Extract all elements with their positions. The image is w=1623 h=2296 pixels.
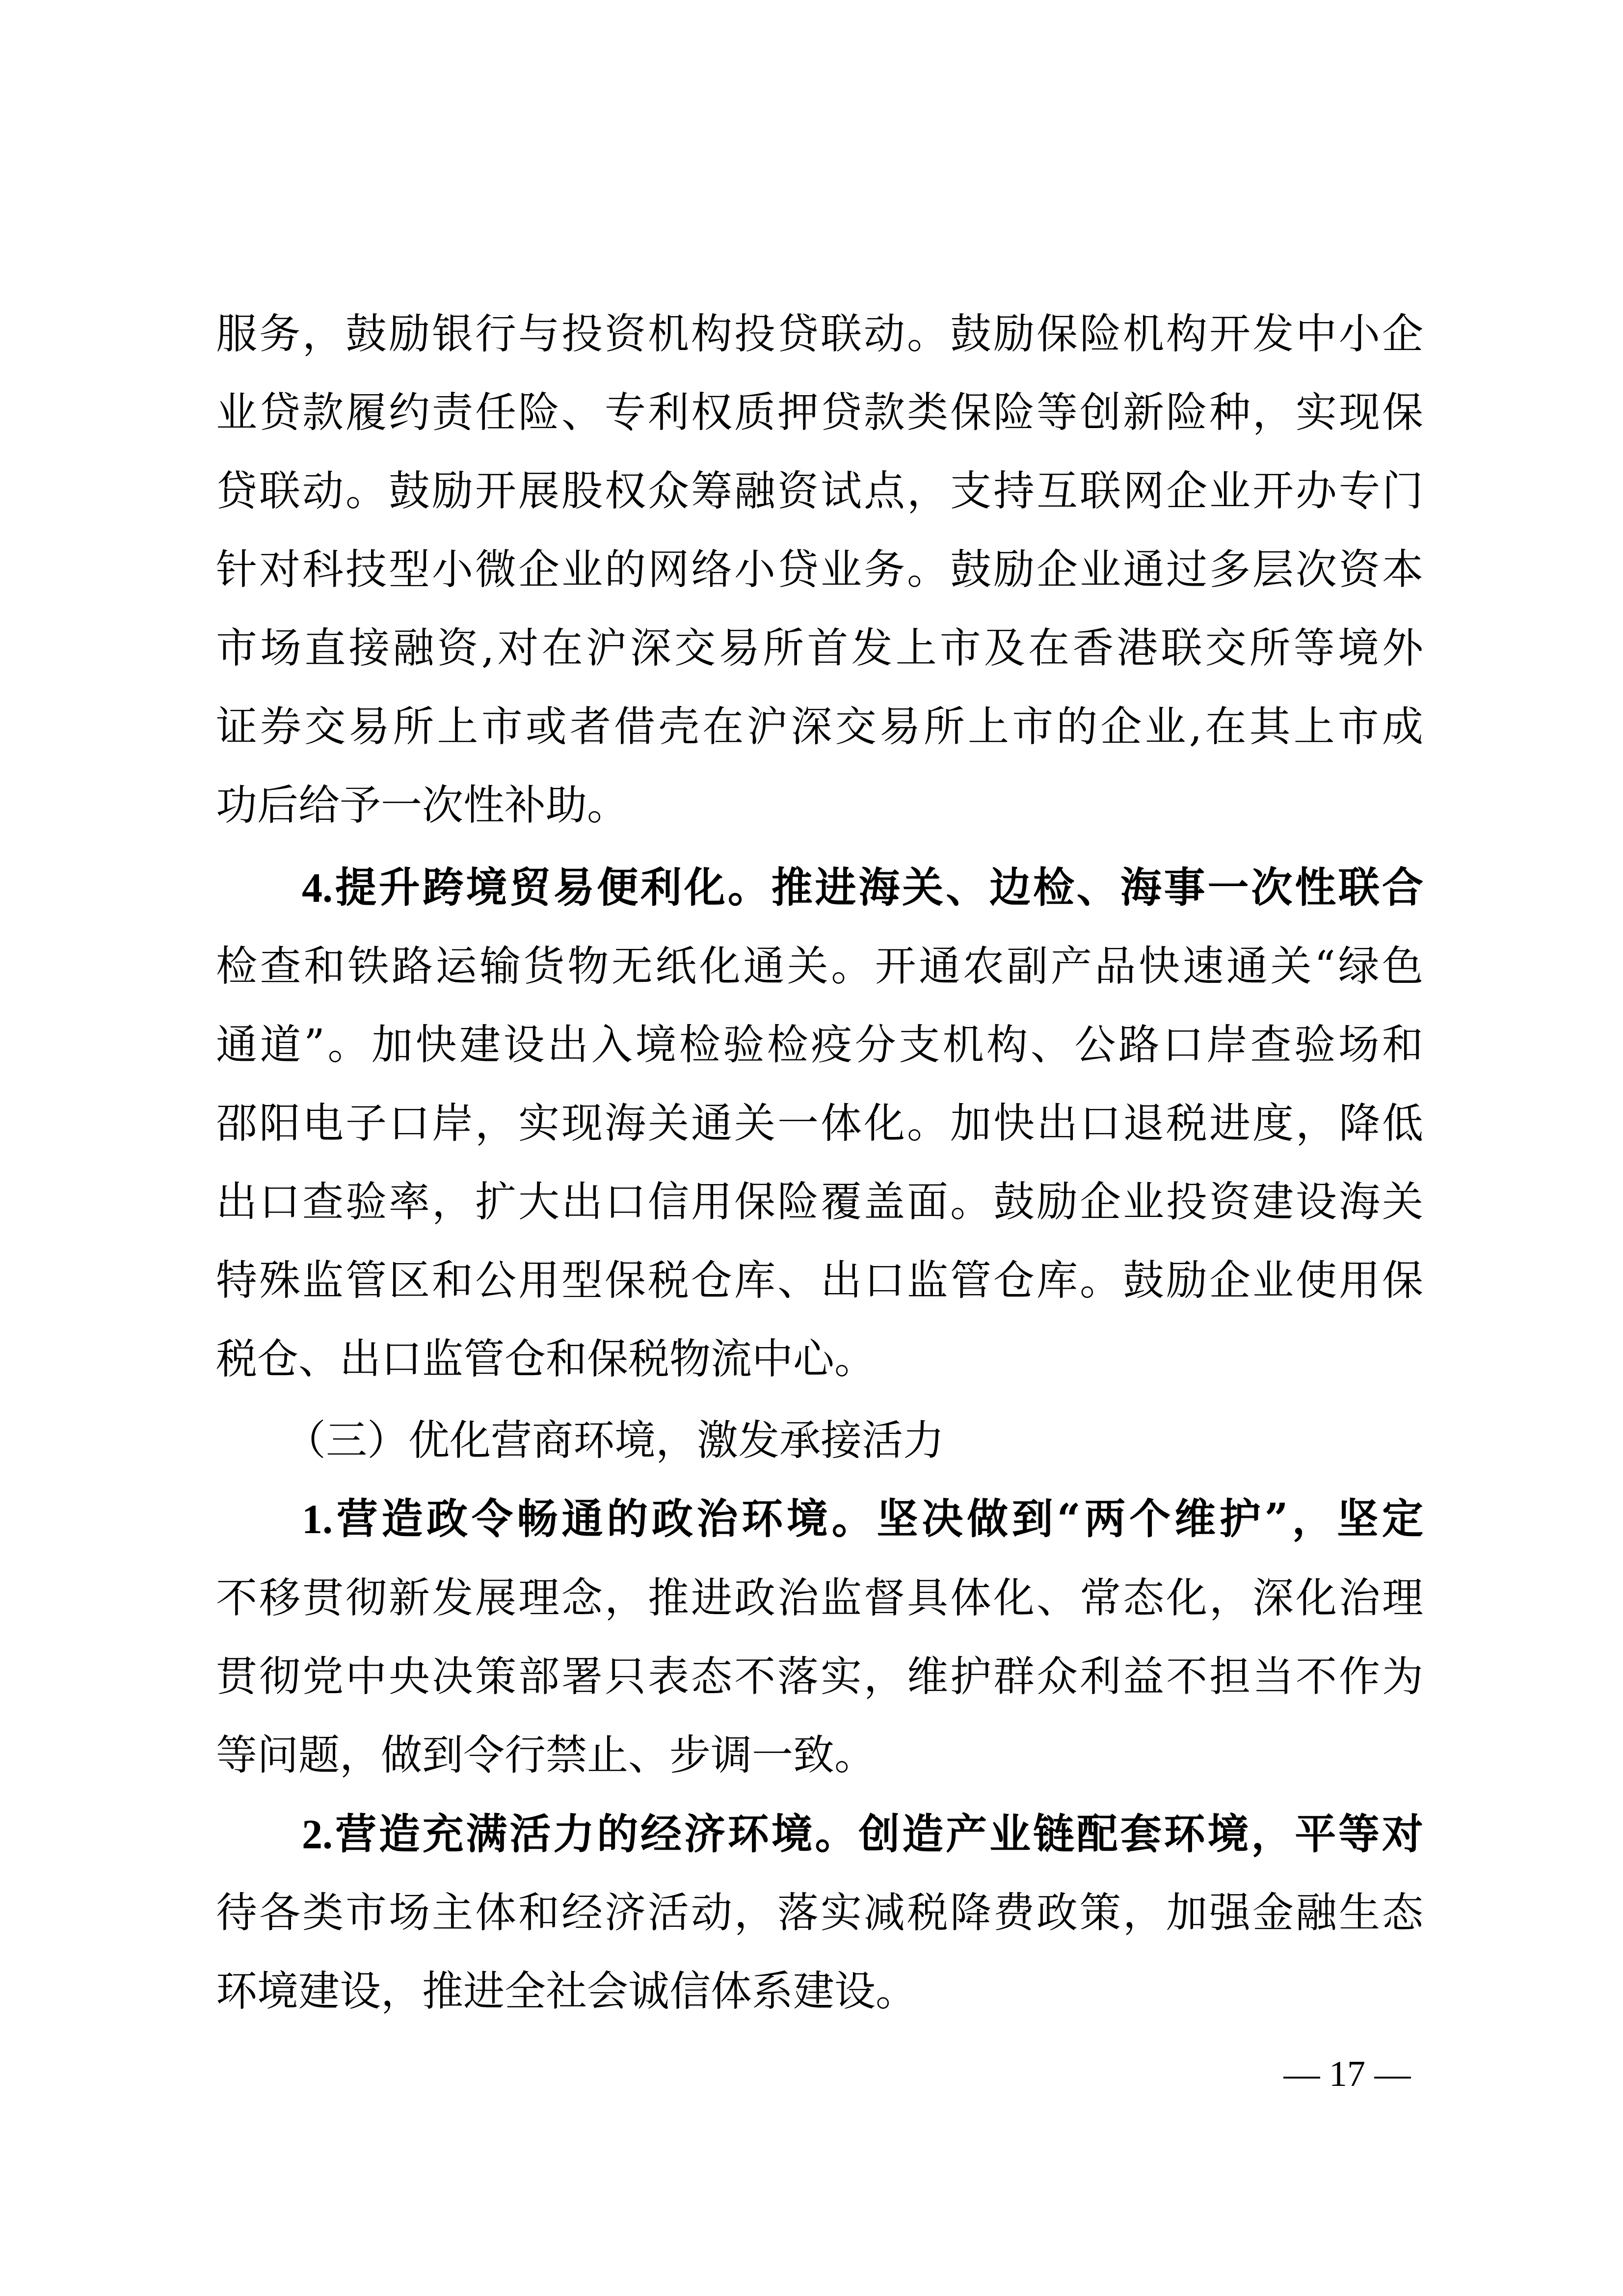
- text-line: 检查和铁路运输货物无纸化通关。开通农副产品快速通关“绿色: [216, 927, 1423, 1005]
- document-page: 服务，鼓励银行与投资机构投贷联动。鼓励保险机构开发中小企 业贷款履约责任险、专利…: [0, 0, 1623, 2296]
- text-line: 待各类市场主体和经济活动，落实减税降费政策，加强金融生态: [216, 1873, 1423, 1952]
- paragraph-heading-line: 4.提升跨境贸易便利化。推进海关、边检、海事一次性联合: [302, 848, 1423, 927]
- item-number: 4.: [302, 865, 333, 911]
- text-line: 功后给予一次性补助。: [216, 766, 1423, 844]
- text-line: 特殊监管区和公用型保税仓库、出口监管仓库。鼓励企业使用保: [216, 1241, 1423, 1320]
- text-line: 环境建设，推进全社会诚信体系建设。: [216, 1952, 1423, 2030]
- item-title: 提升跨境贸易便利化。推进海关、边检、海事一次性联合: [333, 863, 1423, 912]
- text-line: 贯彻党中央决策部署只表态不落实，维护群众利益不担当不作为: [216, 1637, 1423, 1716]
- paragraph-heading-line: 2.营造充满活力的经济环境。创造产业链配套环境，平等对: [302, 1795, 1423, 1873]
- item-title: 营造充满活力的经济环境。创造产业链配套环境，平等对: [333, 1810, 1423, 1858]
- item-title: 营造政令畅通的政治环境。坚决做到“两个维护”，坚定: [333, 1494, 1423, 1543]
- text-line: 业贷款履约责任险、专利权质押贷款类保险等创新险种，实现保: [216, 373, 1423, 452]
- text-line: 通道”。加快建设出入境检验检疫分支机构、公路口岸查验场和: [216, 1005, 1423, 1084]
- item-number: 1.: [302, 1497, 333, 1542]
- item-number: 2.: [302, 1812, 333, 1858]
- text-line: 税仓、出口监管仓和保税物流中心。: [216, 1320, 1423, 1398]
- text-line: 等问题，做到令行禁止、步调一致。: [216, 1716, 1423, 1794]
- text-line: 市场直接融资,对在沪深交易所首发上市及在香港联交所等境外: [216, 609, 1423, 687]
- section-heading: （三）优化营商环境，激发承接活力: [285, 1401, 1406, 1480]
- text-line: 针对科技型小微企业的网络小贷业务。鼓励企业通过多层次资本: [216, 530, 1423, 609]
- text-line: 服务，鼓励银行与投资机构投贷联动。鼓励保险机构开发中小企: [216, 295, 1423, 373]
- text-line: 出口查验率，扩大出口信用保险覆盖面。鼓励企业投资建设海关: [216, 1162, 1423, 1241]
- text-line: 邵阳电子口岸，实现海关通关一体化。加快出口退税进度，降低: [216, 1084, 1423, 1162]
- text-line: 贷联动。鼓励开展股权众筹融资试点，支持互联网企业开办专门: [216, 452, 1423, 530]
- text-line: 证券交易所上市或者借壳在沪深交易所上市的企业,在其上市成: [216, 687, 1423, 766]
- page-number: — 17 —: [1266, 2052, 1428, 2096]
- text-line: 不移贯彻新发展理念，推进政治监督具体化、常态化，深化治理: [216, 1559, 1423, 1637]
- paragraph-heading-line: 1.营造政令畅通的政治环境。坚决做到“两个维护”，坚定: [302, 1480, 1423, 1558]
